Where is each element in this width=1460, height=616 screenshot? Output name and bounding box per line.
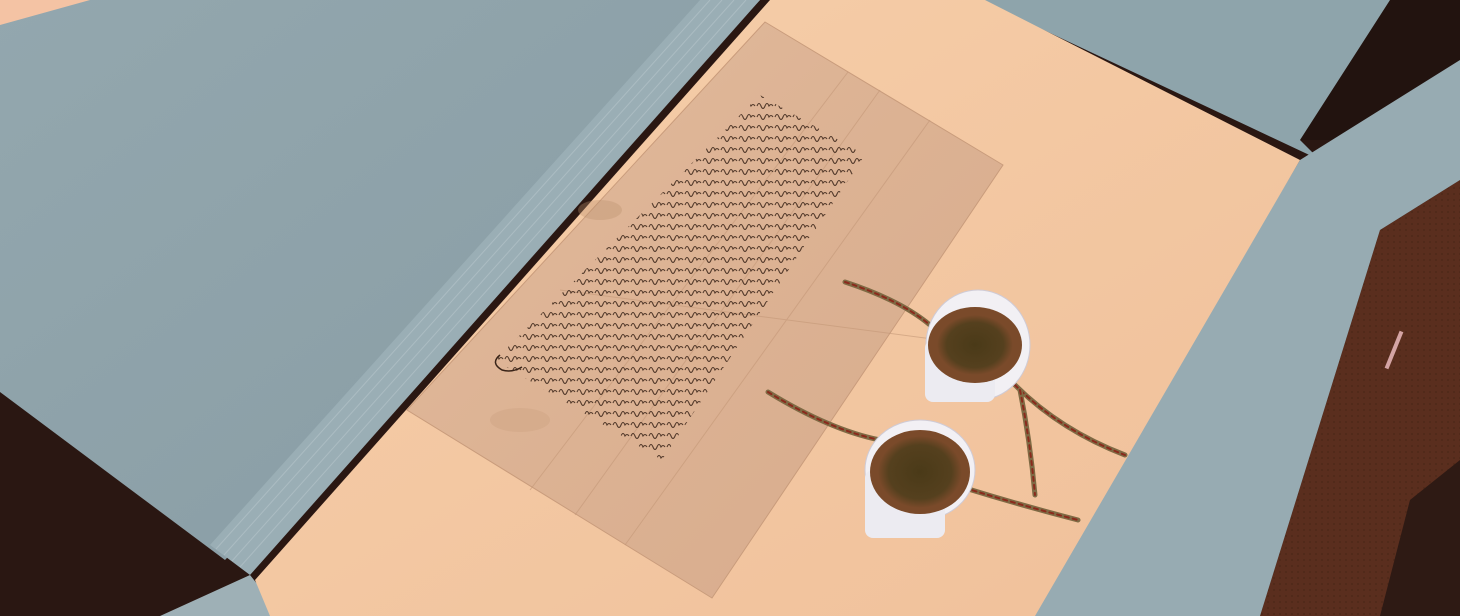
photo-scene: [0, 0, 1460, 616]
photo-canvas: [0, 0, 1460, 616]
